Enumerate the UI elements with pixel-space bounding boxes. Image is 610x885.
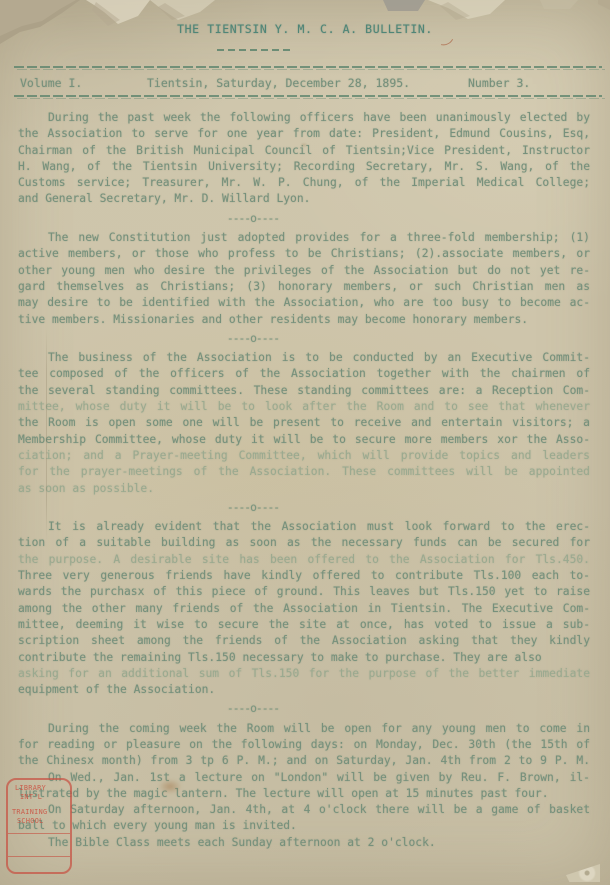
bulletin-page: THE TIENTSIN Y. M. C. A. BULLETIN. Volum…: [0, 0, 610, 885]
stamp-text: SCHOOL: [17, 817, 44, 825]
text-line: On Wed., Jan. 1st a lecture on "London" …: [18, 770, 590, 786]
text-line: active members, or those who profess to …: [18, 246, 590, 262]
section-separator: ----o----: [18, 331, 488, 347]
stamp-text: LIBRARY: [15, 784, 46, 792]
text-line: It is already evident that the Associati…: [18, 519, 590, 535]
text-line: wards the purchasx of this piece of grou…: [18, 584, 590, 600]
text-line: mittee, whose duty it will be to look af…: [18, 399, 590, 415]
masthead-rule-bottom: [14, 95, 602, 97]
text-line: mittee, deeming it wise to secure the si…: [18, 617, 590, 633]
paper-spot: [300, 142, 308, 148]
section-separator: ----o----: [18, 500, 488, 516]
text-line: the Room is open some one will be presen…: [18, 415, 590, 431]
text-line: tive members. Missionaries and other res…: [18, 312, 590, 328]
text-line: among the other many friends of the Asso…: [18, 601, 590, 617]
text-line: tee composed of the officers of the Asso…: [18, 366, 590, 382]
text-line: the purpose. A desirable site has been o…: [18, 552, 590, 568]
stamp-text: INT'L: [20, 793, 42, 801]
text-line: equipment of the Association.: [18, 682, 590, 698]
paper-crease: [46, 330, 47, 540]
masthead-title-rule: [217, 49, 291, 51]
stamp-rule: [8, 833, 70, 834]
corner-crease: [566, 864, 600, 882]
text-line: The business of the Association is to be…: [18, 350, 590, 366]
text-line: the Chinesx month) from 3 tp 6 P. M.; an…: [18, 753, 590, 769]
library-stamp: LIBRARY INT'L TRAINING SCHOOL: [6, 778, 72, 874]
stamp-text: TRAINING: [12, 808, 47, 816]
text-line: Three very generous friends have kindly …: [18, 568, 590, 584]
text-line: other young men who desire the privilege…: [18, 263, 590, 279]
paragraph: During the past week the following offic…: [18, 110, 590, 208]
text-line: Customs service; Treasurer, Mr. W. P. Ch…: [18, 175, 590, 191]
text-line: On Saturday afternoon, Jan. 4th, at 4 o'…: [18, 802, 590, 818]
text-line: may desire to be identified with the Ass…: [18, 295, 590, 311]
text-line: asking for an additional sum of Tls.150 …: [18, 666, 590, 682]
volume-label: Volume I.: [20, 76, 82, 90]
masthead-rule-top: [14, 66, 602, 68]
section-separator: ----o----: [18, 211, 488, 227]
text-line: ciation; and a Prayer-meeting Committee,…: [18, 448, 590, 464]
text-line: for the prayer-meetings of the Associati…: [18, 464, 590, 480]
text-line: H. Wang, of the Tientsin University; Rec…: [18, 159, 590, 175]
dateline: Tientsin, Saturday, December 28, 1895.: [147, 76, 410, 90]
text-line: for reading or pleasure on the following…: [18, 737, 590, 753]
paragraph: The business of the Association is to be…: [18, 350, 590, 497]
text-line: The Bible Class meets each Sunday aftern…: [18, 835, 590, 851]
paragraph: The new Constitution just adopted provid…: [18, 230, 590, 328]
text-line: as soon as possible.: [18, 481, 590, 497]
text-line: and General Secretary, Mr. D. Willard Ly…: [18, 191, 590, 207]
paragraph: It is already evident that the Associati…: [18, 519, 590, 698]
bulletin-body: During the past week the following offic…: [18, 110, 590, 851]
text-line: contribute the remaining Tls.150 necessa…: [18, 650, 590, 666]
text-line: tion of a suitable building as soon as t…: [18, 535, 590, 551]
section-separator: ----o----: [18, 701, 488, 717]
ink-stain: [158, 779, 182, 794]
text-line: gard themselves as Christians; (3) honor…: [18, 279, 590, 295]
text-line: ball to which every young man is invited…: [18, 818, 590, 834]
text-line: During the past week the following offic…: [18, 110, 590, 126]
text-line: the several standing committees. These s…: [18, 383, 590, 399]
text-line: The new Constitution just adopted provid…: [18, 230, 590, 246]
text-line: scription sheet among the friends of the…: [18, 633, 590, 649]
paragraph: During the coming week the Room will be …: [18, 721, 590, 851]
text-line: lustrated by the magic lantern. The lect…: [18, 786, 590, 802]
issue-number: Number 3.: [468, 76, 530, 90]
text-line: the Association to serve for one year fr…: [18, 126, 590, 142]
stamp-rule: [8, 856, 70, 857]
text-line: Membership Committee, whose duty it will…: [18, 432, 590, 448]
text-line: During the coming week the Room will be …: [18, 721, 590, 737]
masthead-title: THE TIENTSIN Y. M. C. A. BULLETIN.: [0, 22, 610, 36]
